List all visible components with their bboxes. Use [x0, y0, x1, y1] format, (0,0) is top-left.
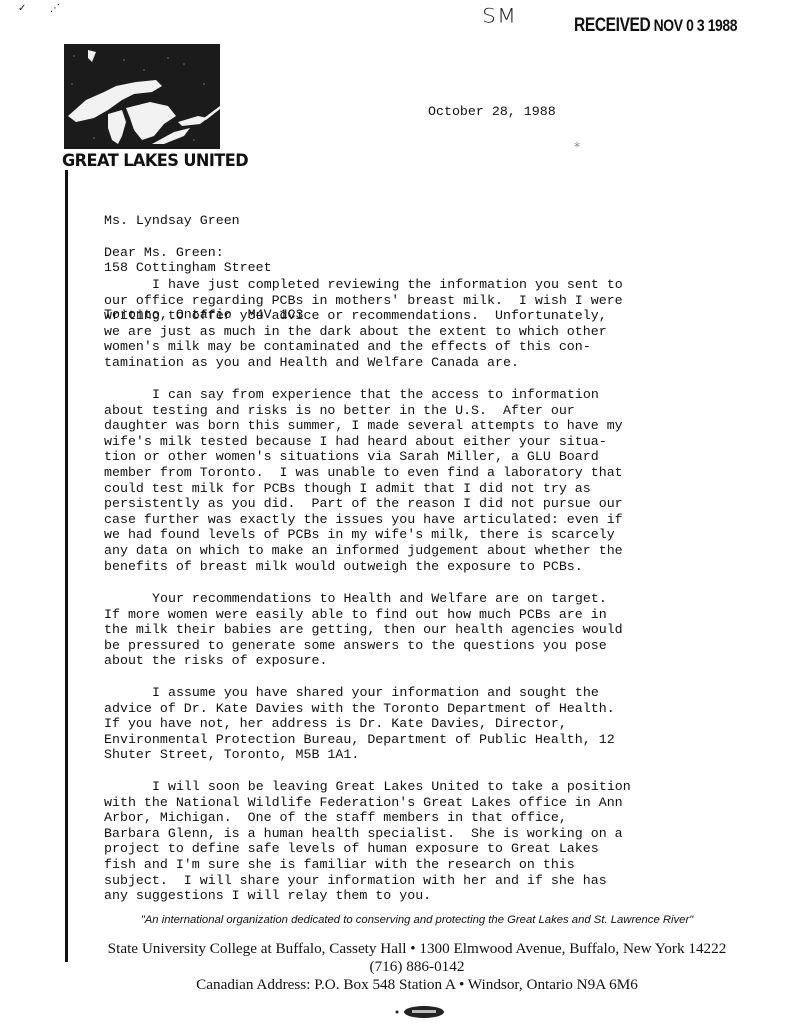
paragraph-line: fish and I'm sure she is familiar with t… [104, 857, 631, 873]
paragraph-line: Environmental Protection Bureau, Departm… [104, 732, 615, 748]
recipient-name: Ms. Lyndsay Green [104, 213, 304, 229]
body-paragraph: Your recommendations to Health and Welfa… [104, 591, 623, 669]
paragraph-line: with the National Wildlife Federation's … [104, 795, 631, 811]
letterhead-rule [65, 170, 68, 962]
recipient-street: 158 Cottingham Street [104, 260, 304, 276]
received-date: NOV 0 3 1988 [654, 16, 737, 35]
organization-motto: "An international organization dedicated… [0, 914, 794, 926]
paragraph-line: our office regarding PCBs in mothers' br… [104, 293, 623, 309]
paragraph-line: we are just as much in the dark about th… [104, 324, 623, 340]
paragraph-line: the milk their babies are getting, then … [104, 622, 623, 638]
body-paragraph: I can say from experience that the acces… [104, 387, 623, 574]
received-label: RECEIVED [574, 15, 650, 36]
us-address: State University College at Buffalo, Cas… [0, 940, 794, 958]
paragraph-line: I have just completed reviewing the info… [104, 277, 623, 293]
handwritten-initials: SM [482, 5, 517, 28]
paragraph-line: Your recommendations to Health and Welfa… [104, 591, 623, 607]
paragraph-line: subject. I will share your information w… [104, 873, 631, 889]
paragraph-line: wife's milk tested because I had heard a… [104, 434, 623, 450]
phone-number: (716) 886-0142 [0, 958, 794, 976]
paragraph-line: If you have not, her address is Dr. Kate… [104, 716, 615, 732]
body-paragraph: I will soon be leaving Great Lakes Unite… [104, 779, 631, 904]
paragraph-line: writing to offer you advice or recommend… [104, 308, 623, 324]
paragraph-line: tamination as you and Health and Welfare… [104, 355, 623, 371]
pen-mark: ⁎ [574, 136, 580, 150]
paragraph-line: any suggestions I will relay them to you… [104, 888, 631, 904]
canadian-address: Canadian Address: P.O. Box 548 Station A… [0, 976, 794, 994]
paragraph-line: I assume you have shared your informatio… [104, 685, 615, 701]
scribble-mark: ✓ [18, 3, 26, 14]
organization-logo-text: GREAT LAKES UNITED [62, 151, 248, 171]
paragraph-line: Shuter Street, Toronto, M5B 1A1. [104, 747, 615, 763]
paragraph-line: be pressured to generate some answers to… [104, 638, 623, 654]
body-paragraph: I assume you have shared your informatio… [104, 685, 615, 763]
paragraph-line: we had found levels of PCBs in my wife's… [104, 527, 623, 543]
received-stamp: RECEIVEDNOV 0 3 1988 [574, 15, 737, 37]
body-paragraph: I have just completed reviewing the info… [104, 277, 623, 371]
paragraph-line: case further was exactly the issues you … [104, 512, 623, 528]
union-bug-icon [394, 1005, 448, 1019]
paragraph-line: benefits of breast milk would outweigh t… [104, 559, 623, 575]
paragraph-line: project to define safe levels of human e… [104, 841, 631, 857]
paragraph-line: women's milk may be contaminated and the… [104, 339, 623, 355]
paragraph-line: I can say from experience that the acces… [104, 387, 623, 403]
paragraph-line: about the risks of exposure. [104, 653, 623, 669]
paragraph-line: daughter was born this summer, I made se… [104, 418, 623, 434]
paragraph-line: Arbor, Michigan. One of the staff member… [104, 810, 631, 826]
paragraph-line: any data on which to make an informed ju… [104, 543, 623, 559]
letter-date: October 28, 1988 [428, 104, 556, 120]
paragraph-line: could test milk for PCBs though I admit … [104, 481, 623, 497]
paragraph-line: advice of Dr. Kate Davies with the Toron… [104, 701, 615, 717]
great-lakes-map-icon [64, 44, 220, 149]
salutation: Dear Ms. Green: [104, 245, 224, 261]
paragraph-line: about testing and risks is no better in … [104, 403, 623, 419]
scribble-mark: ⋰ [50, 3, 60, 14]
paragraph-line: tion or other women's situations via Sar… [104, 449, 623, 465]
paragraph-line: Barbara Glenn, is a human health special… [104, 826, 631, 842]
paragraph-line: If more women were easily able to find o… [104, 607, 623, 623]
paragraph-line: persistently as you did. Part of the rea… [104, 496, 623, 512]
paragraph-line: member from Toronto. I was unable to eve… [104, 465, 623, 481]
paragraph-line: I will soon be leaving Great Lakes Unite… [104, 779, 631, 795]
